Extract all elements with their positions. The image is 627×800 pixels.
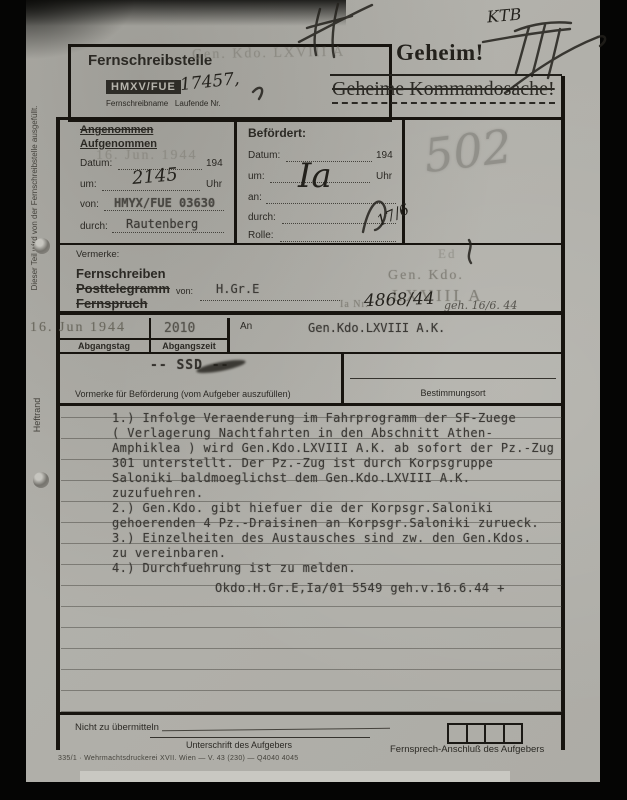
print-imprint: 335/1 · Wehrmachtsdruckerei XVII. Wien —…	[58, 755, 299, 762]
fwd-an-line	[266, 203, 396, 204]
abgangstag-label: Abgangstag	[58, 341, 150, 351]
margin-vertical-note: Dieser Teil wird von der Fernschreibstel…	[30, 58, 46, 338]
fwd-datum-label: Datum:	[248, 150, 280, 161]
an-label: An	[240, 321, 252, 332]
form-left-border	[56, 117, 60, 750]
ktb-annotation: KTB	[486, 5, 522, 27]
received-year-prefix: 194	[206, 158, 223, 169]
table-bottom-line	[56, 243, 565, 245]
message-line: 301 unterstellt. Der Pz.-Zug ist durch K…	[112, 456, 493, 470]
fwd-an-label: an:	[248, 192, 262, 203]
phone-box-cell	[505, 725, 522, 742]
signature-line	[150, 737, 370, 738]
angenommen-label: Angenommen	[80, 124, 153, 136]
phone-box-cell	[468, 725, 487, 742]
recipient-value: Gen.Kdo.LXVIII A.K.	[308, 321, 445, 335]
teletype-code-stamp: HMXV/FUE	[106, 80, 181, 94]
posttelegramm-label: Posttelegramm	[76, 281, 170, 296]
ia-handwritten: Ia	[298, 156, 332, 196]
black-margin-left	[0, 0, 26, 800]
message-line: Amphiklea ) wird Gen.Kdo.LXVIII A.K. ab …	[112, 441, 554, 455]
dispatch-date-stamp: 16. Jun 1944	[30, 320, 126, 336]
col-divider-1	[234, 117, 237, 245]
dispatch-time: 2010	[164, 321, 195, 336]
fwd-rolle-label: Rolle:	[248, 230, 274, 241]
received-uhr-label: Uhr	[206, 179, 222, 190]
received-durch-value: Rautenberg	[126, 217, 198, 231]
table-top-line	[56, 117, 565, 120]
received-um-label: um:	[80, 179, 97, 190]
befoerdert-label: Befördert:	[248, 126, 306, 140]
received-von-label: von:	[80, 199, 99, 210]
fwd-rolle-line	[280, 241, 396, 242]
received-von-value: HMYX/FUE 03630	[114, 196, 215, 210]
page-edge-strip	[80, 771, 510, 782]
message-reference: Okdo.H.Gr.E,Ia/01 5549 geh.v.16.6.44 +	[215, 581, 505, 595]
received-time-handwritten: 2145	[131, 164, 178, 189]
received-durch-label: durch:	[80, 221, 108, 232]
message-line: zu vereinbaren.	[112, 546, 226, 560]
nicht-uebermitteln-label: Nicht zu übermitteln	[75, 722, 159, 733]
gen-kdo-stamp-line1: Gen. Kdo.	[388, 268, 464, 284]
geheime-kommandosache-label: Geheime Kommandosache!	[332, 78, 555, 104]
vermerke-label: Vermerke:	[76, 249, 119, 260]
office-unit-stamp: Gen. Kdo. LXVIII A	[192, 45, 345, 64]
black-margin-right	[600, 0, 627, 800]
phone-box-cell	[486, 725, 505, 742]
rule-above-kommandosache	[330, 74, 562, 76]
fernschreiben-label: Fernschreiben	[76, 266, 166, 281]
received-von-line	[104, 210, 224, 211]
sender-line	[200, 300, 340, 301]
scanned-telegram-form: Dieser Teil wird von der Fernschreibstel…	[0, 0, 627, 800]
fwd-uhr-label: Uhr	[376, 171, 392, 182]
message-line: Saloniki baldmoeglichst dem Gen.Kdo.LXVI…	[112, 471, 470, 485]
pencil-number-502: 502	[421, 119, 515, 183]
footer-top-line	[56, 712, 565, 715]
punch-hole-bottom	[33, 472, 49, 488]
message-line: 2.) Gen.Kdo. gibt hiefuer die der Korpsg…	[112, 501, 493, 515]
bestimmungsort-line	[350, 378, 556, 379]
col-divider-2	[402, 117, 405, 245]
message-line: zuzufuehren.	[112, 486, 204, 500]
message-line: 3.) Einzelheiten des Austausches sind zw…	[112, 531, 531, 545]
black-margin-bottom	[0, 782, 627, 800]
ed-stamp: Ed	[438, 246, 456, 262]
phone-box-cell	[449, 725, 468, 742]
abgangszeit-label: Abgangszeit	[150, 341, 228, 351]
unterschrift-label: Unterschrift des Aufgebers	[186, 740, 292, 750]
message-line: 4.) Durchfuehrung ist zu melden.	[112, 561, 356, 575]
received-durch-line	[112, 232, 224, 233]
serial-caption: Fernschreibname Laufende Nr.	[106, 99, 221, 108]
fwd-year-prefix: 194	[376, 150, 393, 161]
dispatch-label-topline	[56, 338, 230, 340]
message-line: gehoerenden 4 Pz.-Draisinen an Korpsgr.S…	[112, 516, 539, 530]
message-line: ( Verlagerung Nachtfahrten in den Abschn…	[112, 426, 493, 440]
vermerke-von-label: von:	[176, 286, 193, 296]
received-um-line	[102, 190, 200, 191]
fwd-um-label: um:	[248, 171, 265, 182]
message-line: 1.) Infolge Veraenderung im Fahrprogramm…	[112, 411, 516, 425]
fwd-durch-label: durch:	[248, 212, 276, 223]
punch-hole-top	[34, 238, 50, 254]
geheim-label: Geheim!	[396, 40, 484, 66]
heftrand-label: Heftrand	[32, 375, 48, 455]
fernsprech-label: Fernsprech-Anschluß des Aufgebers	[390, 744, 544, 755]
vermerke-bottom-line	[56, 311, 565, 315]
phone-number-boxes	[447, 723, 523, 744]
sender-value: H.Gr.E	[216, 282, 259, 296]
dispatch-bottom-line	[56, 352, 565, 354]
fernspruch-label: Fernspruch	[76, 296, 148, 311]
ia-nr-handwritten: 4868/44	[364, 289, 435, 311]
received-date-stamp: 16. Jun. 1944	[96, 148, 197, 164]
